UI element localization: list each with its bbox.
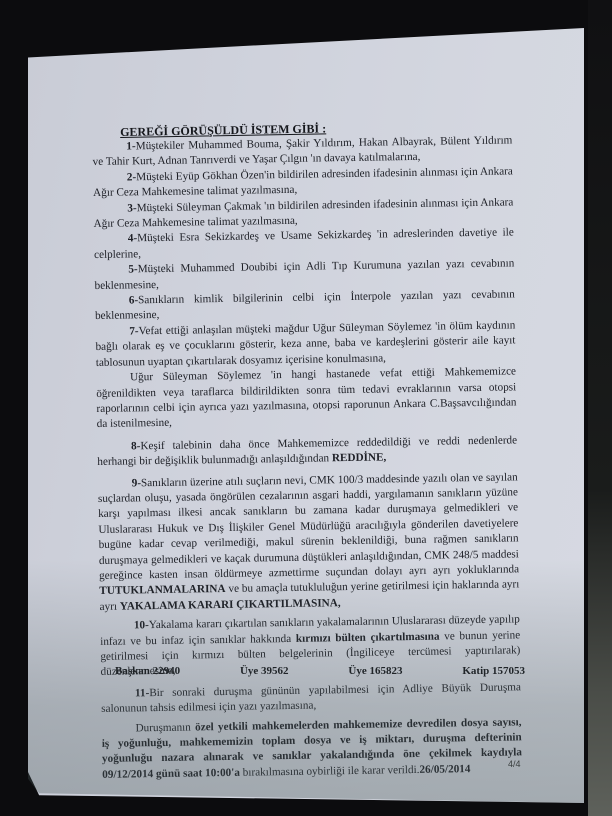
signature-member-1: Üye 39562 bbox=[240, 665, 289, 677]
background-surface bbox=[588, 0, 612, 816]
document-body: 1-Müştekiler Muhammed Bouma, Şakir Yıldı… bbox=[92, 115, 522, 783]
item-9: 9-Sanıkların üzerine atılı suçların nevi… bbox=[98, 470, 520, 615]
page-number: 4/4 bbox=[508, 759, 521, 769]
signature-president: Başkan 22940 bbox=[115, 665, 180, 677]
item-7-continued: Uğur Süleyman Söylemez 'in hangi hastane… bbox=[96, 364, 517, 432]
signature-clerk: Katip 157053 bbox=[462, 665, 525, 677]
item-7: 7-Vefat ettiği anlaşılan müşteki mağdur … bbox=[95, 318, 516, 371]
signature-row: Başkan 22940 Üye 39562 Üye 165823 Katip … bbox=[115, 665, 525, 677]
signature-member-2: Üye 165823 bbox=[348, 665, 402, 677]
final-decision: Duruşmanın özel yetkili mahkemelerden ma… bbox=[101, 715, 522, 783]
